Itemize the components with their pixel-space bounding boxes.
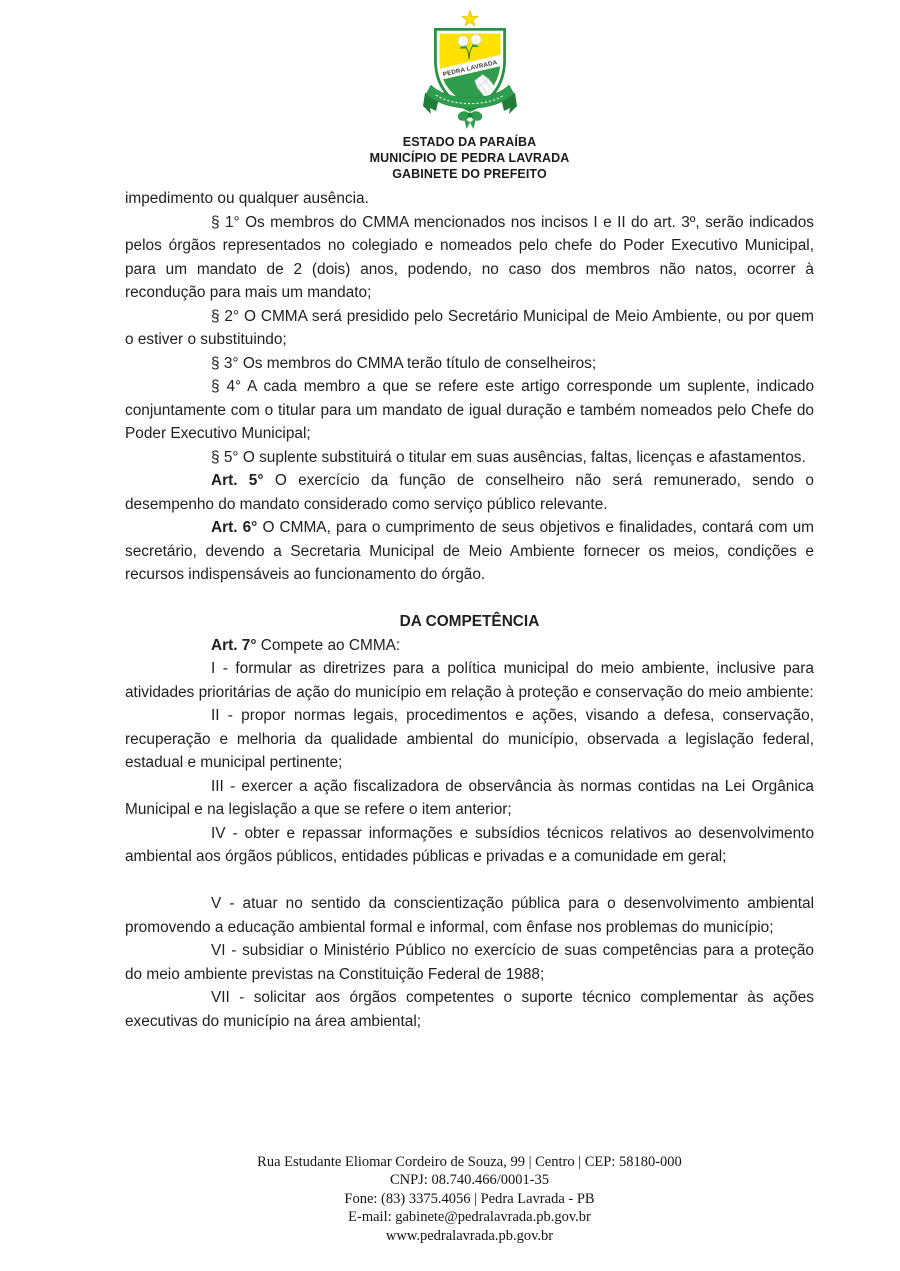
paragraph: § 5° O suplente substituirá o titular em… xyxy=(125,446,814,470)
footer-line: E-mail: gabinete@pedralavrada.pb.gov.br xyxy=(125,1208,814,1227)
org-municipality: MUNICÍPIO DE PEDRA LAVRADA xyxy=(125,150,814,166)
footer-line: CNPJ: 08.740.466/0001-35 xyxy=(125,1171,814,1190)
paragraph: Art. 5° O exercício da função de conselh… xyxy=(125,469,814,516)
org-state: ESTADO DA PARAÍBA xyxy=(125,134,814,150)
section-heading: DA COMPETÊNCIA xyxy=(125,610,814,634)
paragraph: § 3° Os membros do CMMA terão título de … xyxy=(125,352,814,376)
star-icon xyxy=(461,11,477,26)
paragraph: impedimento ou qualquer ausência. xyxy=(125,187,814,211)
paragraph: V - atuar no sentido da conscientização … xyxy=(125,892,814,939)
paragraph: § 1° Os membros do CMMA mencionados nos … xyxy=(125,211,814,305)
document-footer: Rua Estudante Eliomar Cordeiro de Souza,… xyxy=(125,1153,814,1246)
paragraph-spacer xyxy=(125,869,814,893)
org-office: GABINETE DO PREFEITO xyxy=(125,166,814,182)
document-header: PEDRA LAVRADA xyxy=(125,8,814,182)
footer-line: www.pedralavrada.pb.gov.br xyxy=(125,1227,814,1246)
document-body: impedimento ou qualquer ausência.§ 1° Os… xyxy=(125,187,814,1033)
paragraph: IV - obter e repassar informações e subs… xyxy=(125,822,814,869)
paragraph: II - propor normas legais, procedimentos… xyxy=(125,704,814,775)
paragraph: III - exercer a ação fiscalizadora de ob… xyxy=(125,775,814,822)
org-title-block: ESTADO DA PARAÍBA MUNICÍPIO DE PEDRA LAV… xyxy=(125,134,814,182)
paragraph: VI - subsidiar o Ministério Público no e… xyxy=(125,939,814,986)
document-page: PEDRA LAVRADA xyxy=(0,0,900,1271)
paragraph: § 4° A cada membro a que se refere este … xyxy=(125,375,814,446)
article-lead: Art. 7° xyxy=(211,637,257,654)
municipal-crest-icon: PEDRA LAVRADA xyxy=(422,8,518,130)
paragraph: VII - solicitar aos órgãos competentes o… xyxy=(125,986,814,1033)
paragraph: Art. 7° Compete ao CMMA: xyxy=(125,634,814,658)
paragraph: § 2° O CMMA será presidido pelo Secretár… xyxy=(125,305,814,352)
footer-line: Rua Estudante Eliomar Cordeiro de Souza,… xyxy=(125,1153,814,1172)
paragraph: I - formular as diretrizes para a políti… xyxy=(125,657,814,704)
article-lead: Art. 6° xyxy=(211,519,257,536)
paragraph: Art. 6° O CMMA, para o cumprimento de se… xyxy=(125,516,814,587)
article-lead: Art. 5° xyxy=(211,472,264,489)
footer-line: Fone: (83) 3375.4056 | Pedra Lavrada - P… xyxy=(125,1190,814,1209)
